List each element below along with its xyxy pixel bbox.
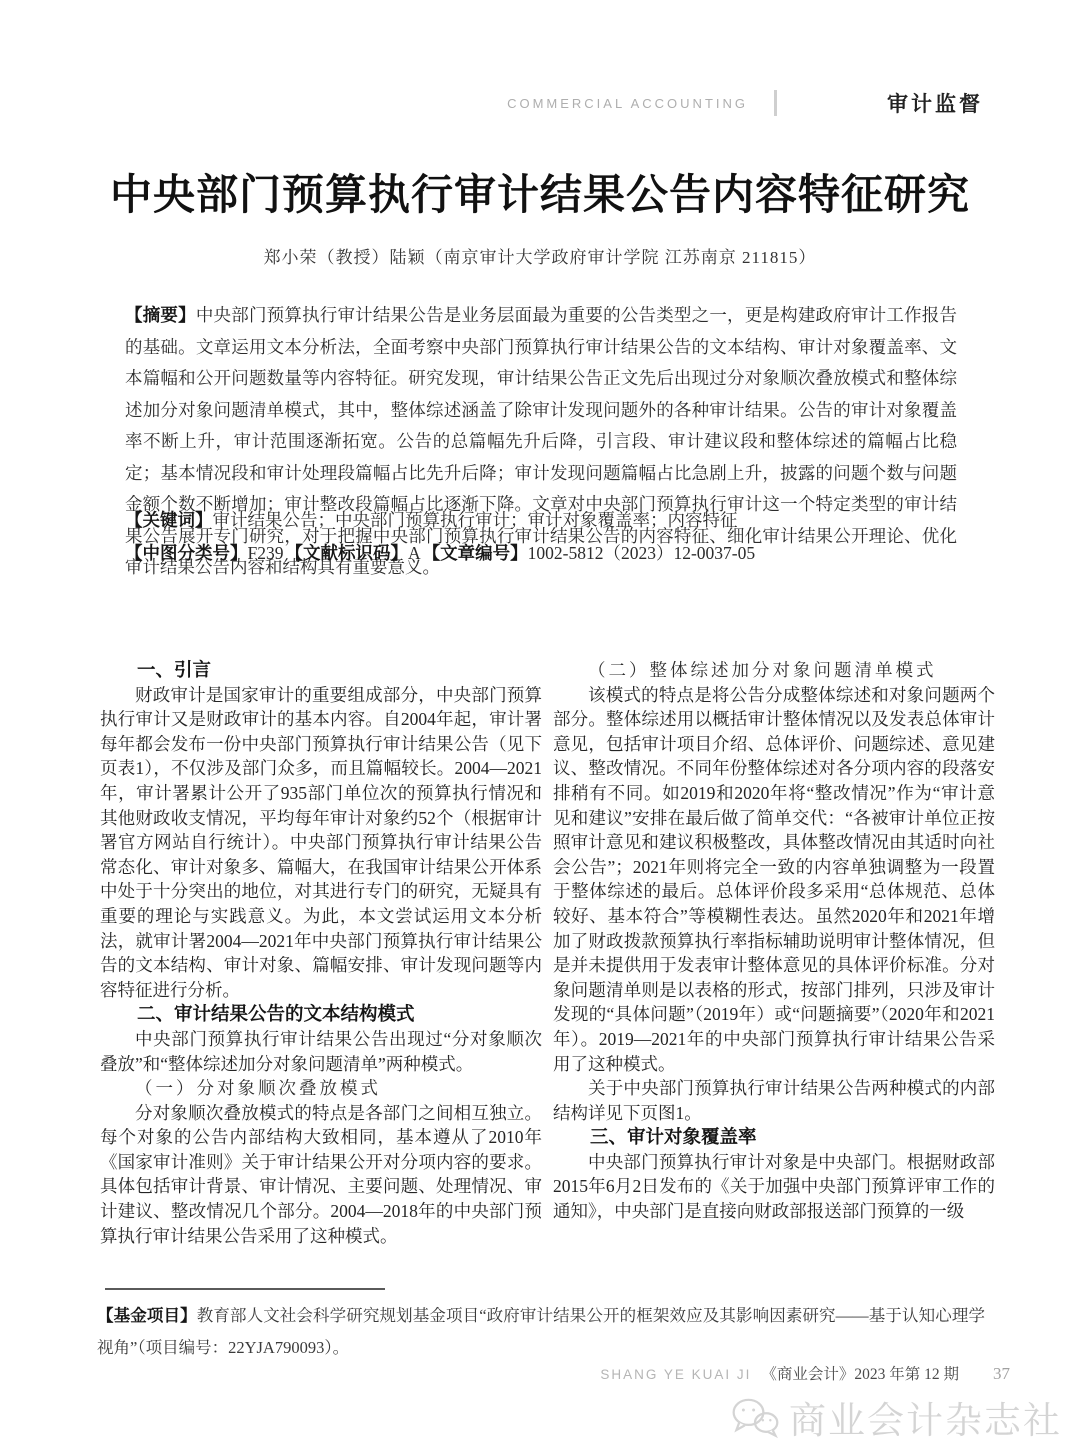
keywords-line: 【关键词】审计结果公告；中央部门预算执行审计；审计对象覆盖率；内容特征 [125,505,957,535]
header-divider [774,90,777,116]
article-id-value: 1002-5812（2023）12-0037-05 [528,543,755,563]
watermark-text: 商业会计杂志社 [789,1390,1062,1444]
issue-info: 《商业会计》2023 年第 12 期 [761,1362,959,1384]
abstract-label: 【摘要】 [125,305,196,325]
abstract-text: 中央部门预算执行审计结果公告是业务层面最为重要的公告类型之一，更是构建政府审计工… [125,305,957,577]
page-number: 37 [993,1364,1010,1384]
classification-line: 【中图分类号】F239【文献标识码】A【文章编号】1002-5812（2023）… [125,538,957,568]
doc-code-label: 【文献标识码】 [285,543,408,563]
journal-page: COMMERCIAL ACCOUNTING 审计监督 中央部门预算执行审计结果公… [0,0,1080,1456]
journal-name-english: COMMERCIAL ACCOUNTING [507,96,748,111]
journal-name-pinyin: SHANG YE KUAI JI [600,1367,751,1382]
body-paragraph: 中央部门预算执行审计对象是中央部门。根据财政部2015年6月2日发布的《关于加强… [553,1150,995,1224]
body-paragraph: 中央部门预算执行审计结果公告出现过“分对象顺次叠放”和“整体综述加分对象问题清单… [100,1027,542,1076]
footnote-divider [105,1288,385,1290]
publisher-watermark: 商业会计杂志社 [729,1390,1062,1444]
body-column-right: （二）整体综述加分对象问题清单模式 该模式的特点是将公告分成整体综述和对象问题两… [553,658,995,1224]
fund-project-text: 教育部人文社会科学研究规划基金项目“政府审计结果公开的框架效应及其影响因素研究—… [97,1306,985,1357]
fund-project-label: 【基金项目】 [97,1307,197,1325]
doc-code-value: A [408,543,421,563]
keywords-label: 【关键词】 [125,510,213,530]
clc-label: 【中图分类号】 [125,543,248,563]
section-heading: 一、引言 [100,658,542,683]
body-paragraph: 分对象顺次叠放模式的特点是各部门之间相互独立。每个对象的公告内部结构大致相同，基… [100,1101,542,1249]
article-title: 中央部门预算执行审计结果公告内容特征研究 [0,162,1080,222]
keywords-text: 审计结果公告；中央部门预算执行审计；审计对象覆盖率；内容特征 [213,510,738,530]
body-paragraph: 该模式的特点是将公告分成整体综述和对象问题两个部分。整体综述用以概括审计整体情况… [553,683,995,1077]
page-header: COMMERCIAL ACCOUNTING 审计监督 [0,88,983,118]
article-id-label: 【文章编号】 [423,543,528,563]
subsection-heading: （二）整体综述加分对象问题清单模式 [553,658,995,683]
wechat-icon [729,1394,781,1440]
author-line: 郑小荣（教授）陆颖（南京审计大学政府审计学院 江苏南京 211815） [0,243,1080,268]
body-paragraph: 财政审计是国家审计的重要组成部分，中央部门预算执行审计又是财政审计的基本内容。自… [100,683,542,1003]
section-heading: 二、审计结果公告的文本结构模式 [100,1002,542,1027]
fund-project-note: 【基金项目】教育部人文社会科学研究规划基金项目“政府审计结果公开的框架效应及其影… [97,1300,985,1364]
body-column-left: 一、引言 财政审计是国家审计的重要组成部分，中央部门预算执行审计又是财政审计的基… [100,658,542,1248]
clc-value: F239 [248,543,284,563]
page-footer: SHANG YE KUAI JI 《商业会计》2023 年第 12 期 37 [600,1362,1010,1384]
body-paragraph: 关于中央部门预算执行审计结果公告两种模式的内部结构详见下页图1。 [553,1076,995,1125]
subsection-heading: （一）分对象顺次叠放模式 [100,1076,542,1101]
section-heading: 三、审计对象覆盖率 [553,1125,995,1150]
section-column-label: 审计监督 [887,88,983,118]
